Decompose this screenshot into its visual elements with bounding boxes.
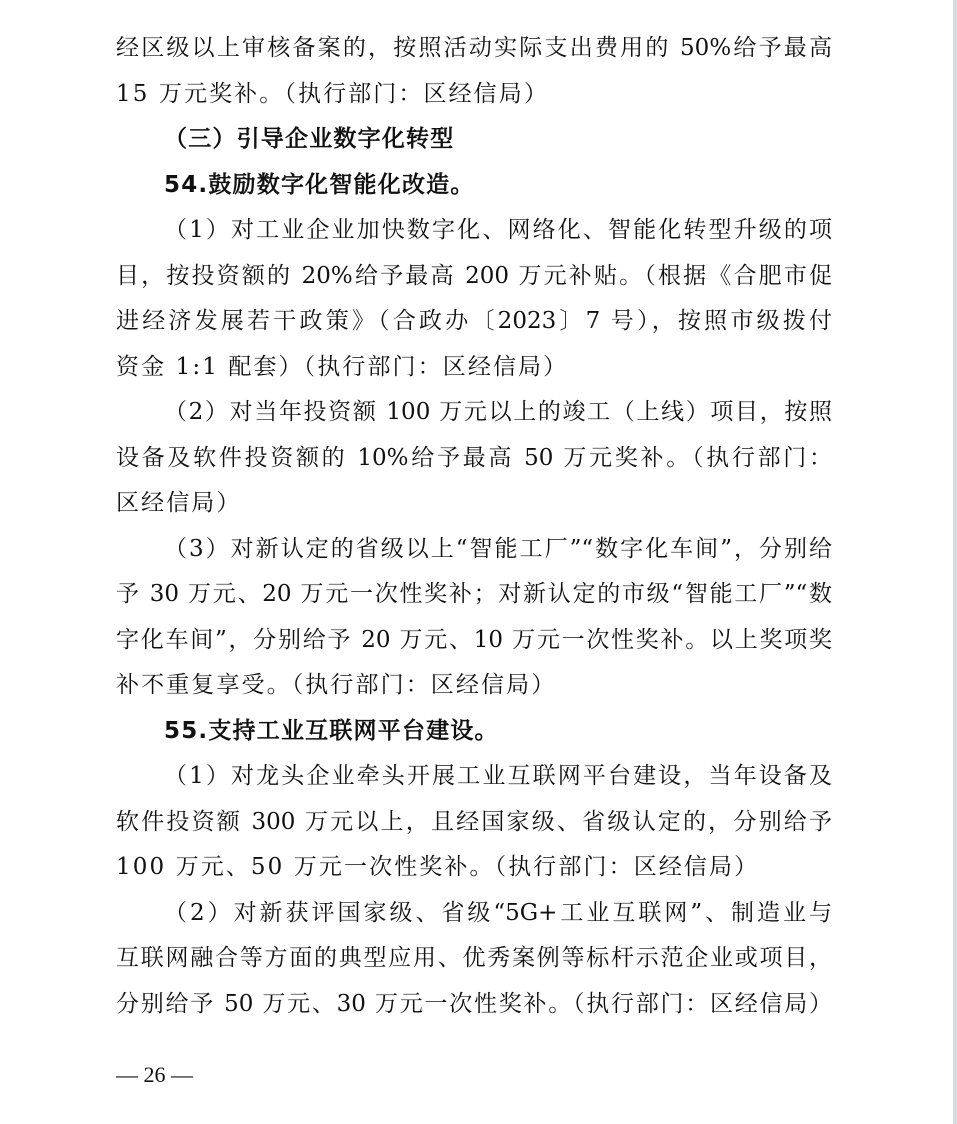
- paragraph-start: （1）对工业企业加快数字化、网络化、智能化转型升级的项: [116, 208, 832, 254]
- text-line: 软件投资额 300 万元以上，且经国家级、省级认定的，分别给予: [116, 800, 832, 846]
- text-line: 经区级以上审核备案的，按照活动实际支出费用的 50%给予最高: [116, 26, 832, 72]
- item-heading-55: 55.支持工业互联网平台建设。: [116, 709, 832, 755]
- text-line: 区经信局）: [116, 481, 832, 527]
- paragraph-start: （2）对当年投资额 100 万元以上的竣工（上线）项目，按照: [116, 390, 832, 436]
- section-heading: （三）引导企业数字化转型: [116, 117, 832, 163]
- text-line: 目，按投资额的 20%给予最高 200 万元补贴。（根据《合肥市促: [116, 254, 832, 300]
- text-line: 字化车间”，分别给予 20 万元、10 万元一次性奖补。以上奖项奖: [116, 618, 832, 664]
- text-line: 设备及软件投资额的 10%给予最高 50 万元奖补。（执行部门：: [116, 436, 832, 482]
- text-line: 资金 1:1 配套）（执行部门：区经信局）: [116, 345, 832, 391]
- text-line: 15 万元奖补。（执行部门：区经信局）: [116, 72, 832, 118]
- text-line: 分别给予 50 万元、30 万元一次性奖补。（执行部门：区经信局）: [116, 982, 832, 1028]
- paragraph-start: （2）对新获评国家级、省级“5G+工业互联网”、制造业与: [116, 891, 832, 937]
- page-content: 经区级以上审核备案的，按照活动实际支出费用的 50%给予最高 15 万元奖补。（…: [116, 26, 832, 1027]
- paragraph-start: （1）对龙头企业牵头开展工业互联网平台建设，当年设备及: [116, 754, 832, 800]
- viewer-edge: [953, 0, 957, 1124]
- text-line: 进经济发展若干政策》（合政办〔2023〕7 号），按照市级拨付: [116, 299, 832, 345]
- text-line: 补不重复享受。（执行部门：区经信局）: [116, 663, 832, 709]
- document-page: 经区级以上审核备案的，按照活动实际支出费用的 50%给予最高 15 万元奖补。（…: [0, 0, 953, 1124]
- item-heading-54: 54.鼓励数字化智能化改造。: [116, 163, 832, 209]
- text-line: 100 万元、50 万元一次性奖补。（执行部门：区经信局）: [116, 845, 832, 891]
- text-line: 予 30 万元、20 万元一次性奖补；对新认定的市级“智能工厂”“数: [116, 572, 832, 618]
- text-line: 互联网融合等方面的典型应用、优秀案例等标杆示范企业或项目，: [116, 936, 832, 982]
- paragraph-start: （3）对新认定的省级以上“智能工厂”“数字化车间”，分别给: [116, 527, 832, 573]
- page-number: — 26 —: [116, 1062, 193, 1088]
